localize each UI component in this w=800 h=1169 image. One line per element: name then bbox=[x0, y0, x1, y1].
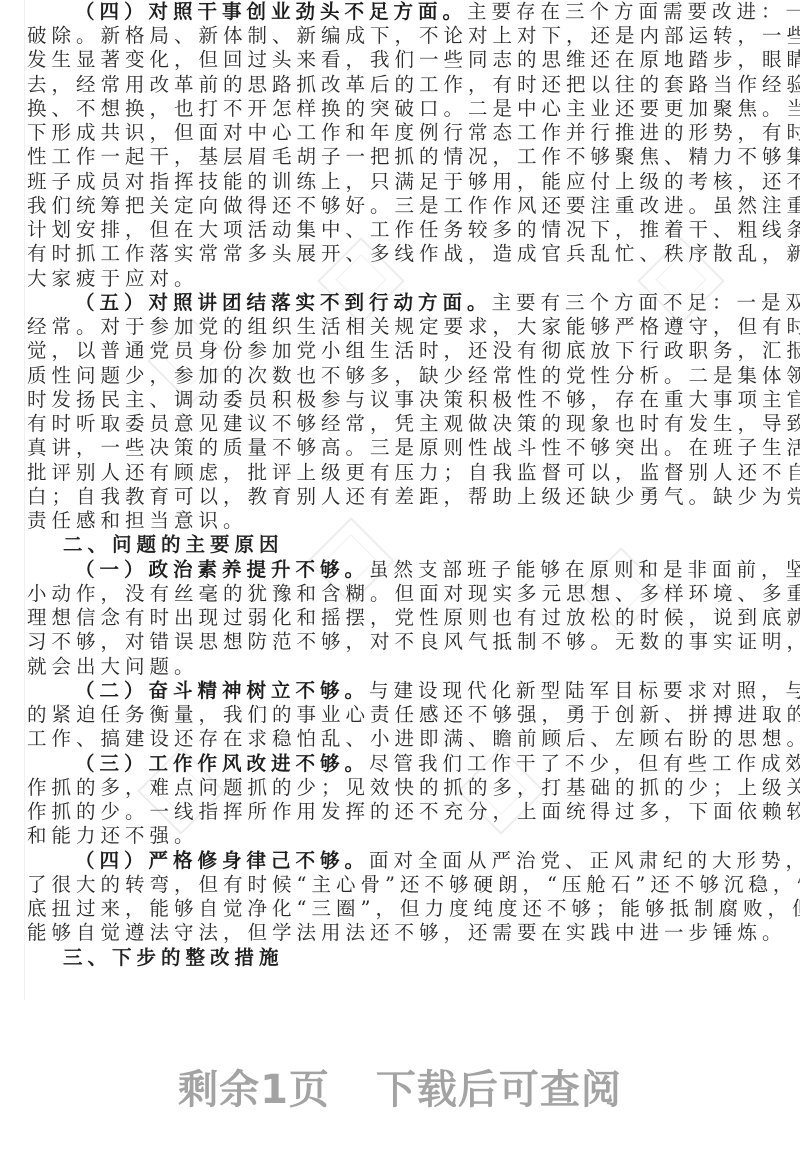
paragraph-text: 发生显著变化，但回过头来看，我们一些同志的思维还在原地踏步，眼睛盯着当前，却想着… bbox=[27, 48, 800, 71]
text-line: 换、不想换，也打不开怎样换的突破口。二是中心主业还要更加聚焦。当前，大抓练兵备战… bbox=[27, 97, 800, 121]
text-line: 批评别人还有顾虑，批评上级更有压力；自我监督可以，监督别人还不自觉，监督上级几乎… bbox=[27, 461, 800, 485]
text-line: （四）对照干事创业劲头不足方面。主要存在三个方面需要改进：一是惯性思维还要持续 bbox=[75, 0, 800, 24]
text-line: 去，经常用改革前的思路抓改革后的工作，有时还把以往的套路当作经验之谈，对新思维不… bbox=[27, 73, 800, 97]
text-line: 我们统筹把关定向做得还不够好。三是工作作风还要注重改进。虽然注重统筹工作任务、整… bbox=[27, 194, 800, 218]
text-line: 破除。新格局、新体制、新编成下，不论对上对下，还是内部运转，一些惯性的做法都应随… bbox=[27, 24, 800, 48]
paragraph-text: 与建设现代化新型陆军目标要求对照，与应急备战、随时打仗 bbox=[369, 679, 800, 702]
text-line: 了很大的转弯，但有时候“主心骨”还不够硬朗，“压舱石”还不够沉稳，惯性思维还没有… bbox=[27, 873, 800, 897]
paragraph-text: 面对全面从严治党、正风肃纪的大形势，我们的思想和行为有 bbox=[369, 849, 800, 872]
text-line: 大家疲于应对。 bbox=[27, 267, 199, 291]
paragraph-lead: （四）对照干事创业劲头不足方面。 bbox=[75, 0, 467, 23]
text-line: 理想信念有时出现过弱化和摇摆，党性原则也有过放松的时候，说到底就是对党的创新理论… bbox=[27, 606, 800, 630]
paragraph-text: 换、不想换，也打不开怎样换的突破口。二是中心主业还要更加聚焦。当前，大抓练兵备战… bbox=[27, 97, 800, 120]
text-line: 责任感和担当意识。 bbox=[27, 509, 248, 533]
paragraph-text: 和能力还不强。 bbox=[27, 824, 199, 847]
paragraph-text: 大家疲于应对。 bbox=[27, 267, 199, 290]
section-heading: 二、问题的主要原因 bbox=[63, 533, 284, 557]
text-line: 就会出大问题。 bbox=[27, 655, 199, 679]
paragraph-lead: （二）奋斗精神树立不够。 bbox=[75, 679, 369, 702]
text-line: 工作、搞建设还存在求稳怕乱、小进即满、瞻前顾后、左顾右盼的思想。 bbox=[27, 727, 800, 751]
paragraph-text: 白；自我教育可以，教育别人还有差距，帮助上级还缺少勇气。缺少为党分忧、为单位分责… bbox=[27, 485, 800, 508]
paragraph-text: 性工作一起干，基层眉毛胡子一把抓的情况，工作不够聚焦、精力不够集中、效益不够突出… bbox=[27, 145, 800, 168]
paragraph-text: 计划安排，但在大项活动集中、工作任务较多的情况下，推着干、粗线条的问题还不容忽视… bbox=[27, 218, 800, 241]
text-line: （二）奋斗精神树立不够。与建设现代化新型陆军目标要求对照，与应急备战、随时打仗 bbox=[75, 679, 800, 703]
text-line: 白；自我教育可以，教育别人还有差距，帮助上级还缺少勇气。缺少为党分忧、为单位分责… bbox=[27, 485, 800, 509]
text-line: 计划安排，但在大项活动集中、工作任务较多的情况下，推着干、粗线条的问题还不容忽视… bbox=[27, 218, 800, 242]
text-line: （一）政治素养提升不够。虽然支部班子能够在原则和是非面前，坚决不打擦边球，不搞 bbox=[75, 558, 800, 582]
text-line: 质性问题少，参加的次数也不够多，缺少经常性的党性分析。二是集体领导作用不够明显。… bbox=[27, 364, 800, 388]
paragraph-text: 能够自觉遵法守法，但学法用法还不够，还需要在实践中进一步锤炼。 bbox=[27, 921, 787, 944]
paragraph-text: 真讲，一些决策的质量不够高。三是原则性战斗性不够突出。在班子生活中，自我批评可以… bbox=[27, 436, 800, 459]
paragraph-text: 质性问题少，参加的次数也不够多，缺少经常性的党性分析。二是集体领导作用不够明显。… bbox=[27, 364, 800, 387]
paragraph-lead: （五）对照讲团结落实不到行动方面。 bbox=[75, 291, 492, 314]
text-line: 小动作，没有丝毫的犹豫和含糊。但面对现实多元思想、多样环境、多重考验的冲击和挑战… bbox=[27, 582, 800, 606]
paragraph-text: 理想信念有时出现过弱化和摇摆，党性原则也有过放松的时候，说到底就是对党的创新理论… bbox=[27, 606, 800, 629]
text-line: 经常。对于参加党的组织生活相关规定要求，大家能够严格遵守，但有时还不够主动、不够… bbox=[27, 315, 800, 339]
section-heading-text: 三、下步的整改措施 bbox=[63, 946, 284, 969]
paragraph-text: 作抓的多，难点问题抓的少；见效快的抓的多，打基础的抓的少；上级关注抓的多，经常性… bbox=[27, 776, 800, 799]
paragraph-text: 作抓的少。一线指挥所作用发挥的还不充分，上面统得过多，下面依赖较大，自抓自建的意… bbox=[27, 800, 800, 823]
paragraph-text: 责任感和担当意识。 bbox=[27, 509, 248, 532]
paragraph-text: 主要有三个方面不足：一是双重组织生活坚持不够 bbox=[492, 291, 800, 314]
text-line: 习不够，对错误思想防范不够，对不良风气抵制不够。无数的事实证明，理想信念出了问题… bbox=[27, 630, 800, 654]
paragraph-text: 工作、搞建设还存在求稳怕乱、小进即满、瞻前顾后、左顾右盼的思想。 bbox=[27, 727, 800, 750]
text-line: 有时抓工作落实常常多头展开、多线作战，造成官兵乱忙、秩序散乱，新旧“五多”轮番上… bbox=[27, 242, 800, 266]
paragraph-text: 有时抓工作落实常常多头展开、多线作战，造成官兵乱忙、秩序散乱，新旧“五多”轮番上… bbox=[27, 242, 800, 265]
text-line: （五）对照讲团结落实不到行动方面。主要有三个方面不足：一是双重组织生活坚持不够 bbox=[75, 291, 800, 315]
paragraph-text: 尽管我们工作干了不少，但有些工作成效不佳，往往是亮点工 bbox=[369, 752, 800, 775]
paragraph-lead: （三）工作作风改进不够。 bbox=[75, 752, 369, 775]
paragraph-text: 时发扬民主、调动委员积极参与议事决策积极性不够，存在重大事项主官碰头就定了的情况… bbox=[27, 388, 800, 411]
paragraph-text: 就会出大问题。 bbox=[27, 655, 199, 678]
text-line: 性工作一起干，基层眉毛胡子一把抓的情况，工作不够聚焦、精力不够集中、效益不够突出… bbox=[27, 145, 800, 169]
text-line: （四）严格修身律己不够。面对全面从严治党、正风肃纪的大形势，我们的思想和行为有 bbox=[75, 849, 800, 873]
paragraph-text: 破除。新格局、新体制、新编成下，不论对上对下，还是内部运转，一些惯性的做法都应随… bbox=[27, 24, 800, 47]
text-line: 有时听取委员意见建议不够经常，凭主观做决策的现象也时有发生，导致一些同志不愿讲、… bbox=[27, 412, 800, 436]
paragraph-text: 底扭过来，能够自觉净化“三圈”，但力度纯度还不够；能够抵制腐败，但向腐败宣战还不… bbox=[27, 897, 800, 920]
text-line: 觉，以普通党员身份参加党小组生活时，还没有彻底放下行政职务，汇报思想时触及灵魂和… bbox=[27, 339, 800, 363]
paragraph-text: 班子成员对指挥技能的训练上，只满足于够用，能应付上级的考核，还不够精通熟练，反映… bbox=[27, 170, 800, 193]
paragraph-text: 虽然支部班子能够在原则和是非面前，坚决不打擦边球，不搞 bbox=[369, 558, 800, 581]
section-heading: 三、下步的整改措施 bbox=[63, 946, 284, 970]
section-heading-text: 二、问题的主要原因 bbox=[63, 533, 284, 556]
text-line: 作抓的多，难点问题抓的少；见效快的抓的多，打基础的抓的少；上级关注抓的多，经常性… bbox=[27, 776, 800, 800]
paragraph-lead: （一）政治素养提升不够。 bbox=[75, 558, 369, 581]
text-line: 的紧迫任务衡量，我们的事业心责任感还不够强，勇于创新、拼搏进取的精气神还不够足，… bbox=[27, 703, 800, 727]
remaining-pages-label: 剩余1页 bbox=[178, 1067, 330, 1113]
paragraph-text: 主要存在三个方面需要改进：一是惯性思维还要持续 bbox=[467, 0, 800, 23]
paragraph-text: 批评别人还有顾虑，批评上级更有压力；自我监督可以，监督别人还不自觉，监督上级几乎… bbox=[27, 461, 800, 484]
text-line: 作抓的少。一线指挥所作用发挥的还不充分，上面统得过多，下面依赖较大，自抓自建的意… bbox=[27, 800, 800, 824]
download-hint-label: 下载后可查阅 bbox=[376, 1067, 622, 1113]
paragraph-text: 经常。对于参加党的组织生活相关规定要求，大家能够严格遵守，但有时还不够主动、不够… bbox=[27, 315, 800, 338]
text-line: 班子成员对指挥技能的训练上，只满足于够用，能应付上级的考核，还不够精通熟练，反映… bbox=[27, 170, 800, 194]
text-line: 和能力还不强。 bbox=[27, 824, 199, 848]
paragraph-text: 下形成共识，但面对中心工作和年度例行常态工作并行推进的形势，有时还存在任务性、事… bbox=[27, 121, 800, 144]
paragraph-text: 的紧迫任务衡量，我们的事业心责任感还不够强，勇于创新、拼搏进取的精气神还不够足，… bbox=[27, 703, 800, 726]
text-line: （三）工作作风改进不够。尽管我们工作干了不少，但有些工作成效不佳，往往是亮点工 bbox=[75, 752, 800, 776]
paragraph-text: 去，经常用改革前的思路抓改革后的工作，有时还把以往的套路当作经验之谈，对新思维不… bbox=[27, 73, 800, 96]
paragraph-text: 觉，以普通党员身份参加党小组生活时，还没有彻底放下行政职务，汇报思想时触及灵魂和… bbox=[27, 339, 800, 362]
paragraph-text: 习不够，对错误思想防范不够，对不良风气抵制不够。无数的事实证明，理想信念出了问题… bbox=[27, 630, 800, 653]
page-edge bbox=[24, 0, 25, 1000]
paragraph-text: 我们统筹把关定向做得还不够好。三是工作作风还要注重改进。虽然注重统筹工作任务、整… bbox=[27, 194, 800, 217]
text-line: 底扭过来，能够自觉净化“三圈”，但力度纯度还不够；能够抵制腐败，但向腐败宣战还不… bbox=[27, 897, 800, 921]
paragraph-text: 有时听取委员意见建议不够经常，凭主观做决策的现象也时有发生，导致一些同志不愿讲、… bbox=[27, 412, 800, 435]
text-line: 发生显著变化，但回过头来看，我们一些同志的思维还在原地踏步，眼睛盯着当前，却想着… bbox=[27, 48, 800, 72]
text-line: 时发扬民主、调动委员积极参与议事决策积极性不够，存在重大事项主官碰头就定了的情况… bbox=[27, 388, 800, 412]
text-line: 能够自觉遵法守法，但学法用法还不够，还需要在实践中进一步锤炼。 bbox=[27, 921, 787, 945]
paragraph-text: 了很大的转弯，但有时候“主心骨”还不够硬朗，“压舱石”还不够沉稳，惯性思维还没有… bbox=[27, 873, 800, 896]
paragraph-lead: （四）严格修身律己不够。 bbox=[75, 849, 369, 872]
text-line: 真讲，一些决策的质量不够高。三是原则性战斗性不够突出。在班子生活中，自我批评可以… bbox=[27, 436, 800, 460]
paragraph-text: 小动作，没有丝毫的犹豫和含糊。但面对现实多元思想、多样环境、多重考验的冲击和挑战… bbox=[27, 582, 800, 605]
text-line: 下形成共识，但面对中心工作和年度例行常态工作并行推进的形势，有时还存在任务性、事… bbox=[27, 121, 800, 145]
remaining-pages-banner[interactable]: 剩余1页下载后可查阅 bbox=[0, 1066, 800, 1114]
